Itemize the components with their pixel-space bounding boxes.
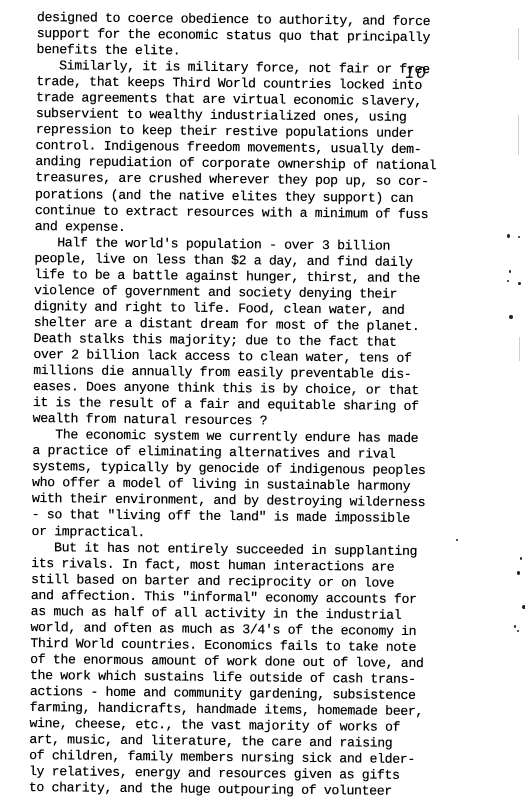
scan-margin-line bbox=[518, 115, 519, 155]
page-number: 10 bbox=[405, 63, 427, 82]
scan-speck bbox=[514, 625, 516, 628]
text-line: to charity, and the huge outpouring of v… bbox=[29, 780, 429, 800]
scan-speck bbox=[507, 280, 509, 282]
scan-speck bbox=[518, 236, 520, 238]
scan-speck bbox=[509, 315, 513, 319]
scan-speck bbox=[518, 282, 521, 285]
scan-margin-line bbox=[518, 28, 519, 60]
scan-speck bbox=[517, 630, 519, 632]
scan-speck bbox=[520, 557, 522, 560]
scan-speck bbox=[456, 539, 458, 541]
scan-speck bbox=[509, 270, 511, 273]
scan-speck bbox=[507, 234, 510, 238]
scan-margin-line bbox=[519, 337, 520, 361]
scanned-page: designed to coerce obedience to authorit… bbox=[0, 0, 525, 809]
scan-speck bbox=[517, 571, 520, 575]
body-text: designed to coerce obedience to authorit… bbox=[29, 10, 437, 800]
